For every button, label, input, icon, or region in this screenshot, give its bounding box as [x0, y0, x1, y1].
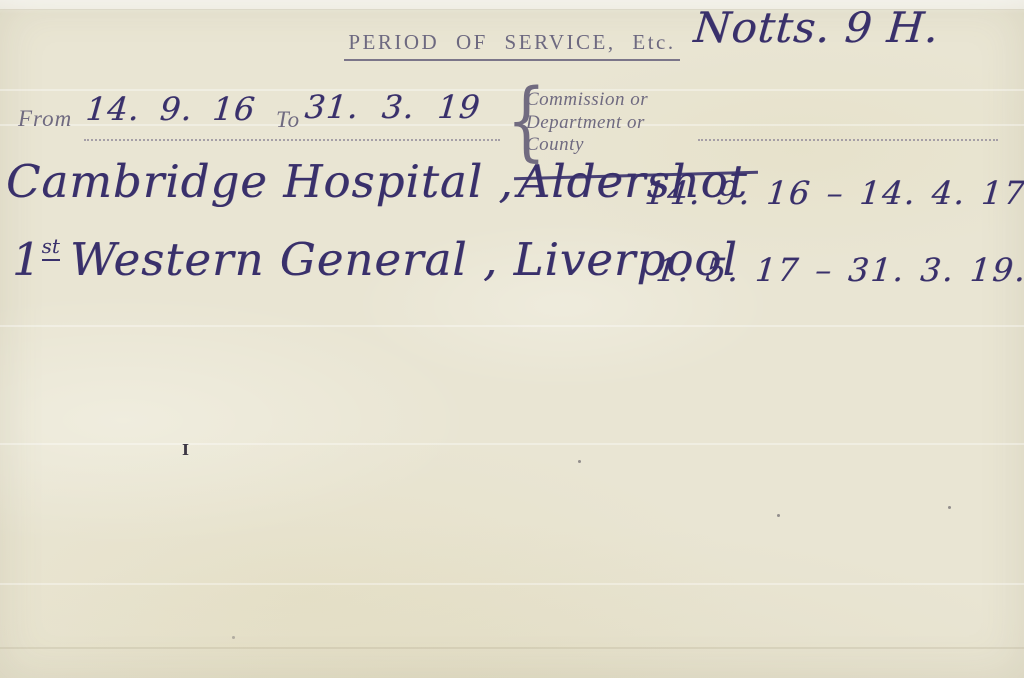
stray-ink-mark: I: [182, 441, 189, 459]
faint-rule: [0, 583, 1024, 585]
entry-number: 1: [12, 233, 42, 286]
bracket-label-line: Commission or: [526, 89, 648, 112]
corner-annotation: Notts. 9 H.: [692, 3, 941, 52]
entry-place: Cambridge Hospital ,: [6, 155, 514, 208]
page-title: PERIOD OF SERVICE, Etc.: [344, 30, 679, 61]
entry-ordinal-suffix: st: [42, 234, 60, 261]
ink-speck: [777, 514, 780, 517]
bracket-label-line: County: [526, 134, 648, 157]
ink-speck: [578, 460, 581, 463]
faint-rule: [0, 443, 1024, 445]
dotted-rule-left: [84, 137, 500, 141]
dotted-rule-right: [698, 137, 998, 141]
service-entry-row: 1st Western General , Liverpool: [12, 233, 738, 286]
from-date-value: 14. 9. 16: [84, 90, 257, 128]
to-date-value: 31. 3. 19: [303, 88, 482, 126]
service-entry-row: Cambridge Hospital , Aldershot: [6, 155, 748, 208]
faint-rule: [0, 647, 1024, 649]
entry-dates: 14. 9. 16 – 14. 4. 17.: [643, 174, 1024, 212]
to-label: To: [276, 107, 300, 133]
from-label: From: [18, 106, 72, 132]
faint-rule: [0, 325, 1024, 327]
bracket-label-line: Department or: [526, 112, 648, 135]
entry-place: Western General , Liverpool: [70, 233, 738, 286]
bracket-label: Commission or Department or County: [526, 89, 648, 157]
ink-speck: [948, 506, 951, 509]
entry-dates: 1. 5. 17 – 31. 3. 19.: [654, 251, 1024, 289]
ink-speck: [232, 636, 235, 639]
service-record-card: PERIOD OF SERVICE, Etc. Notts. 9 H. From…: [0, 0, 1024, 678]
